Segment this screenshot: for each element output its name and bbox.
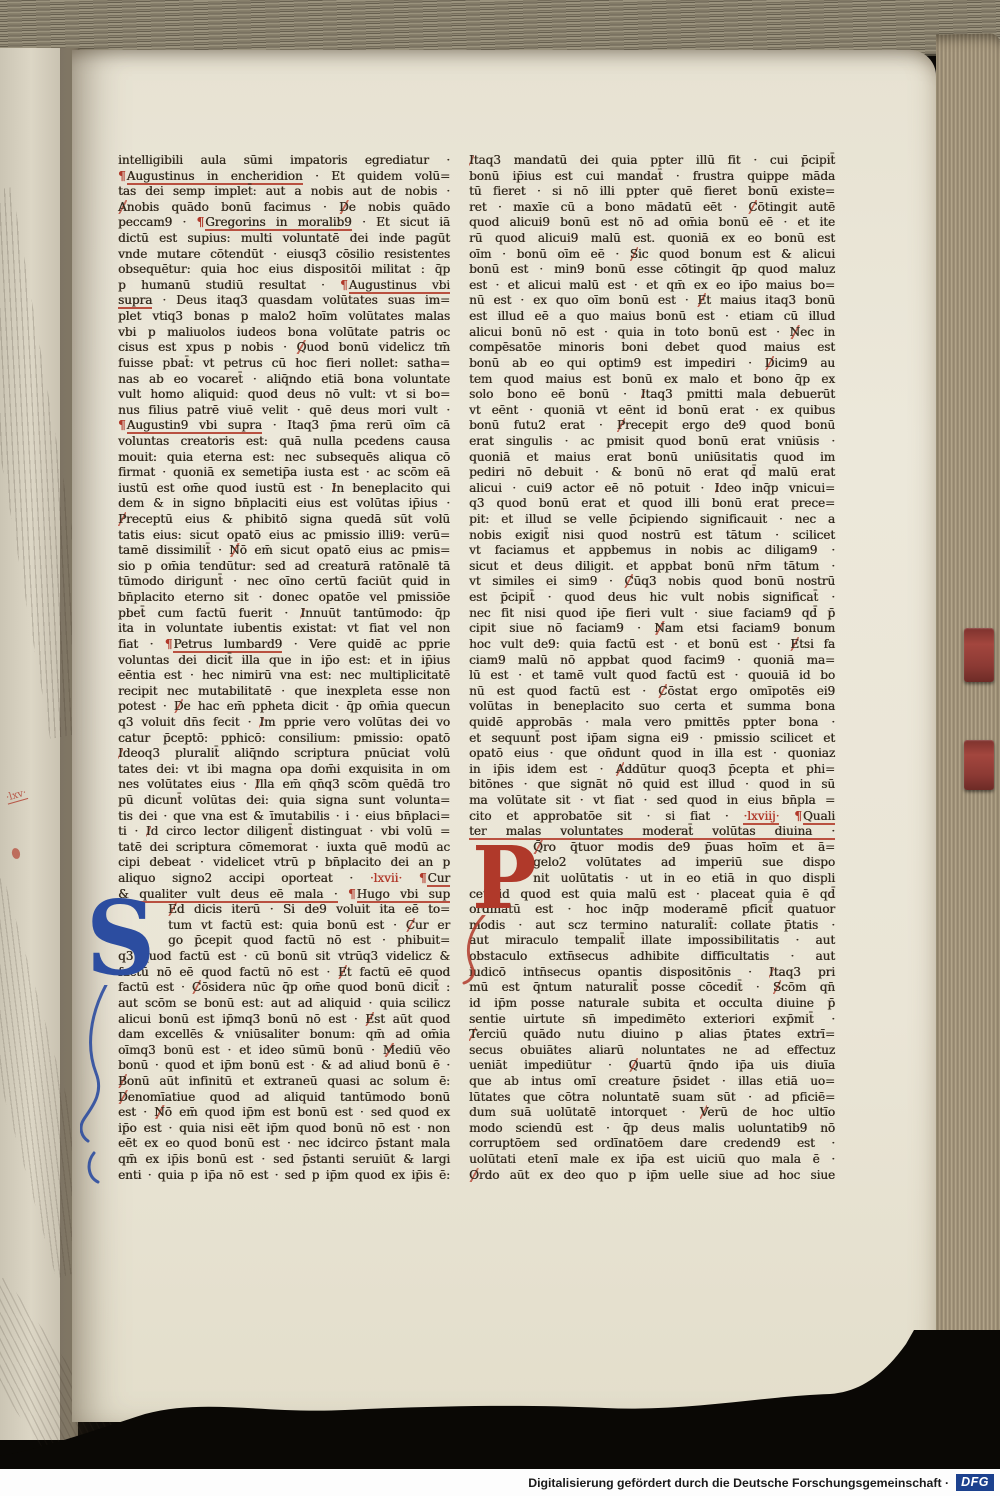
text-line: Anobis quādo bonū facimus · De nobis quā… [118,200,450,216]
text-line: erat singulis · ac pmisit quod bonū erat… [469,434,835,450]
text-line: p humanū studiū resultat · ¶Augustinus v… [118,278,450,294]
text-line: Denomīatiue quod ad aliquid tantūmodo bo… [118,1090,450,1106]
text-line: supra · Deus itaq3 quasdam volūtates sua… [118,293,450,309]
rubricated-capital: C [192,980,201,994]
text-line: ita in voluntate iubentis existat: vt fi… [118,621,450,637]
text-line: pbet̄ cum factū fuerit · Innuūt tantūmod… [118,606,450,622]
rubricated-capital: C [406,918,415,932]
text-line: dam excellēs & vniūsaliter bonum: qm̄ ad… [118,1027,450,1043]
text-line: mū est q̄ntum naturalit̄ posse cōcedit̄ … [469,980,835,996]
text-line: qm̄ ex ip̄is bonū est · sed p̄stanti ser… [118,1152,450,1168]
text-line: sentie uirtute sn̄ impedimēto exteriori … [469,1012,835,1028]
fore-edge-pages [936,33,1000,1334]
text-line: tum vt factū est: quia bonū est · Cur er [118,918,450,934]
text-line: fuisse pbat̄: vt petrus cū hoc fieri nol… [118,356,450,372]
rubricated-capital: I [332,481,337,495]
rubricated-capital: V [700,1105,708,1119]
text-line: in ip̄is idem est · Addūtur quoq3 p̄cept… [469,762,835,778]
text-line: modo sciendū est · q̄p deus malis uolunt… [469,1121,835,1137]
text-line: aut miraculo tempalit̄ illate impossibil… [469,933,835,949]
rubricated-capital: E [338,965,347,979]
text-line: lūtates que cōtra noluntatē suam sūt · a… [469,1090,835,1106]
rubricated-capital: A [616,762,625,776]
text-line: volūtas in beneplacito suo certa et summ… [469,699,835,715]
rubricated-capital: I [255,777,260,791]
red-index-tab [964,628,994,682]
rubricated-capital: I [641,387,646,401]
text-line: tem quod maius est bonū ex malo et bono … [469,372,835,388]
text-line: enti · quia p ip̄a nō est · sed p ip̄m q… [118,1168,450,1184]
pilcrow-mark: ¶ [118,169,127,183]
rubricated-capital: E [365,1012,374,1026]
rubricated-capital: A [118,200,127,214]
text-line: vnde mutare cōtendūt · eiusq3 cōsilio re… [118,247,450,263]
pilcrow-mark: ¶ [118,418,127,432]
rubricated-capital: I [300,606,305,620]
text-line: bonū est · min9 bonū esse cōtingit q̄p q… [469,262,835,278]
text-line: est · et alicui malū est · et qm̄ ex eo … [469,278,835,294]
text-line: recipit nec mutabilitatē · que inexpleta… [118,684,450,700]
text-line: ¶Augustin9 vbi supra · Itaq3 p̄ma rerū o… [118,418,450,434]
rubricated-capital: I [259,715,264,729]
text-line: corruptōem sed ordīnatōem dare credend9 … [469,1136,835,1152]
rubricated-capital: E [168,902,177,916]
rubric-text: Petrus lumbard9 [173,637,282,653]
text-line: pit: et illud se velle p̄cipiendo signif… [469,512,835,528]
text-line: potest · De hac em̄ ppheta dicit · q̄p o… [118,699,450,715]
text-line: bonū ab eo qui optim9 est impediri · Dic… [469,356,835,372]
text-line: oīmq3 bonū est · et ideo sūmū bonū · Med… [118,1043,450,1059]
text-line: nus filius patrē viuē velit · quē deus m… [118,403,450,419]
blue-initial-S: S [86,898,155,981]
text-line: alicui bonū est ip̄mq3 bonū nō est · Est… [118,1012,450,1028]
rubricated-capital: C [624,574,633,588]
rubricated-capital: E [790,637,799,651]
text-line: catur p̄ceptō: pphicō: consilium: pmissi… [118,731,450,747]
text-line: factū est · Cōsidera nūc q̄p om̄e quod b… [118,980,450,996]
text-line: tatis eius: sicut opatō eius ac pmissio … [118,528,450,544]
text-line: cipi debeat · videlicet vtrū p bn̄placit… [118,855,450,871]
rubricated-capital: N [654,621,664,635]
text-line: tū fieret · si nō illi ppter quē fieret … [469,184,835,200]
rubricated-capital: T [469,1027,476,1041]
text-line: bonū ip̄ius est cui mandat̄ · frustra qu… [469,169,835,185]
text-line: vt eēnt · quoniā vt eēnt id bonū erat · … [469,403,835,419]
right-text-column: Itaq3 mandatū dei quia ppter illū fit · … [469,153,835,1183]
text-line: nec fit nisi quod ip̄e fieri vult · siue… [469,606,835,622]
book-scan-photo: ·lxv· intelligibili aula sūmi impatoris … [0,0,1000,1496]
text-line: ma volūtate sit · vt fiat · sed quod in … [469,793,835,809]
text-line: ret · maxīe cū a bono mādatū eēt · Cōtin… [469,200,835,216]
text-line: est · Nō em̄ quod ip̄m est bonū est · se… [118,1105,450,1121]
text-line: ciam9 malū nō appbat quod facim9 · quoni… [469,653,835,669]
rubricated-capital: D [339,200,349,214]
text-line: factū nō eē quod factū nō est · Et factū… [118,965,450,981]
text-line: alicui · cui9 actor eē nō potuit · Ideo … [469,481,835,497]
pilcrow-mark: ¶ [348,887,357,901]
text-line: cisus est xpus p nobis · Quod bonū videl… [118,340,450,356]
rubricated-capital: C [658,684,667,698]
text-line: tis dei · que vna est & īmutabilis · i ·… [118,809,450,825]
text-line: Terciū quādo nutu diuino p alias p̄tates… [469,1027,835,1043]
text-line: eēntia est · hec nimirū vna est: nec mul… [118,668,450,684]
red-initial-P: P [472,844,537,915]
text-line: cito et approbatōe sit · si fiat · ·lxvi… [469,809,835,825]
bottom-shadow [0,1330,1000,1469]
text-line: Itaq3 mandatū dei quia ppter illū fit · … [469,153,835,169]
text-line: nū est · ex quo oīm bonū est · Et maius … [469,293,835,309]
rubricated-capital: Q [296,340,306,354]
text-line: q3 quod bonū erat et quod illi bonū erat… [469,496,835,512]
rubricated-capital: I [118,746,123,760]
text-line: dem & in signo bn̄placiti eius est volūt… [118,496,450,512]
text-line: nobis exigit̄ nisi quod nostrū est tātum… [469,528,835,544]
text-line: nas ab eo vocaret̄ · aliq̄ndo etiā bona … [118,372,450,388]
text-line: plet vtiq3 bonas p malo2 hoīm volūtates … [118,309,450,325]
rubricated-capital: N [790,325,800,339]
text-line: lū est · et tamē vult quod factū est · q… [469,668,835,684]
text-line: q3 voluit dn̄s fecit · Im pprie vero vol… [118,715,450,731]
text-line: ip̄o est · quia nisi eēt ip̄m quod bonū … [118,1121,450,1137]
rubric-text: Augustinus in encheridion [127,169,303,185]
text-line: fiat · ¶Petrus lumbard9 · Vere quidē ac … [118,637,450,653]
rubricated-capital: E [697,293,706,307]
rubricated-capital: I [715,481,720,495]
text-line: intelligibili aula sūmi impatoris egredi… [118,153,450,169]
text-line: dictū est supius: multi voluntatē dei in… [118,231,450,247]
text-line: opatō eius · que on̄dunt quod in illa es… [469,746,835,762]
margin-fragment: ·lxv· [5,787,28,804]
rubricated-capital: I [146,824,151,838]
pilcrow-mark: ¶ [196,215,205,229]
text-line: go p̄cepit quod factū nō est · phibuit= [118,933,450,949]
rubricated-capital: Q [629,1058,639,1072]
red-initial-flourish [458,915,492,985]
pilcrow-mark: ¶ [340,278,349,292]
rubricated-capital: S [630,247,638,261]
rubricated-capital: I [469,153,474,167]
text-line: iudicō intn̄secus opantis dispositōnis ·… [469,965,835,981]
text-line: aliquo signo2 accipi oporteat · ·lxvii· … [118,871,450,887]
text-line: ti · Id circo lector diligent̄ distingua… [118,824,450,840]
text-line: obsequētur: quia hoc eius dispositōi mil… [118,262,450,278]
text-line: quidē approbās · mala vero pmittēs ppter… [469,715,835,731]
text-line: Ed dicis iterū · Si de9 voluit ita eē to… [118,902,450,918]
text-line: aut scōm se bonū est: aut ad aliquid · q… [118,996,450,1012]
text-line: compēsatōe minoris boni debet quod maius… [469,340,835,356]
text-line: peccam9 · ¶Gregorins in moralib9 · Et si… [118,215,450,231]
text-line: quod alicui9 bonū est nō ad om̄ia bonū e… [469,215,835,231]
pilcrow-mark: ¶ [794,809,803,823]
text-line: Ordo aūt ex deo quo p ip̄m uelle siue ad… [469,1168,835,1184]
rubricated-capital: N [229,543,239,557]
footer-bar: Digitalisierung gefördert durch die Deut… [0,1469,1000,1496]
text-line: bonū futu2 erat · Precepit ergo de9 quod… [469,418,835,434]
rubric-text: Cur [427,871,450,887]
rubric-text: Quali [803,809,835,825]
text-line: bn̄placito eterno sit · donec opatōe vel… [118,590,450,606]
text-line: nū est quod factū est · Cōstat ergo omīp… [469,684,835,700]
text-line: est illud eē a quo maius bonū est · etia… [469,309,835,325]
text-line: ueniāt impediūtur · Quartū q̄ndo ip̄a ui… [469,1058,835,1074]
top-page-edges [0,0,1000,56]
text-line: secus obuiātes aliarū noluntates ne ad e… [469,1043,835,1059]
text-line: que ab intus omī creature p̄sidet · illa… [469,1074,835,1090]
text-line: est p̄cipit̄ · quod deus hic vult nobis … [469,590,835,606]
text-line: Preceptū eius & phibitō signa quedā sūt … [118,512,450,528]
rubricated-capital: D [174,699,184,713]
rubric-text: ·lxviij· [743,809,779,825]
text-line: sicut et deus diligit. et appbat bonū nr… [469,559,835,575]
text-line: Ideoq3 pluralit̄ aliq̄ndo scriptura pnūc… [118,746,450,762]
text-line: nes volūtates eius · Illa em̄ qn̄q3 scōm… [118,777,450,793]
left-text-column: intelligibili aula sūmi impatoris egredi… [118,153,450,1183]
text-line: tatē dei scriptura cōmemorat · iuxta quē… [118,840,450,856]
text-line: oīm · bonū oīm eē · Sic quod bonum est &… [469,247,835,263]
rubricated-capital: P [617,418,625,432]
text-line: tates dei: vt ibi magna opa dom̄i exquis… [118,762,450,778]
rubric-text: Augustinus vbi [349,278,450,294]
text-line: mouit: quia eterna est: nec subsequēs al… [118,450,450,466]
rubricated-capital: I [769,965,774,979]
text-line: pū dicunt̄ volūtas dei: quia signa sunt … [118,793,450,809]
text-line: iustū est om̄e quod iustū est · In benep… [118,481,450,497]
text-line: pediri nō debuit · & bonū nō erat qd̄ ma… [469,465,835,481]
dfg-logo-badge: DFG [956,1474,994,1491]
text-line: solo bono eē bonū · Itaq3 pmitti mala de… [469,387,835,403]
text-line: sio p om̄ia tendūtur: sed ad creaturā ra… [118,559,450,575]
text-line: firmat · quoniā ex semetip̄a iusta est ·… [118,465,450,481]
text-line: bonū · quod et ip̄m bonū est · & ad aliu… [118,1058,450,1074]
text-line: vt faciamus et appbemus in nobis ac dili… [469,543,835,559]
dfg-credit-text: Digitalisierung gefördert durch die Deut… [528,1476,949,1490]
text-line: alicui bonū nō est · quia in toto bonū e… [469,325,835,341]
rubric-text: Augustin9 vbi supra [127,418,262,434]
text-line: obstaculo extn̄secus adhibite difficulta… [469,949,835,965]
text-line: et sequunt̄ post ip̄am signa ei9 · pmiss… [469,731,835,747]
text-line: voluntas dei dicit̄ illa que in ip̄o est… [118,653,450,669]
rubricated-capital: N [154,1105,164,1119]
text-line: dum suā uolūtatē intorquet · Verū de hoc… [469,1105,835,1121]
text-line: id ip̄m posse naturale subita et occulta… [469,996,835,1012]
text-line: bitōnes · que signāt nō quid est illud ·… [469,777,835,793]
text-line: q3 quod factū est · cū bonū sit vtrūq3 v… [118,949,450,965]
rubricated-capital: P [118,512,126,526]
text-line: Bonū aūt infinitū et extraneū quasi ac s… [118,1074,450,1090]
text-line: ¶Augustinus in encheridion · Et quidem v… [118,169,450,185]
rubricated-capital: M [383,1043,395,1057]
text-line: & qualiter vult deus eē mala · ¶Hugo vbi… [118,887,450,903]
rubric-text: ·lxvii· [370,871,402,885]
rubric-text: Gregorins in moralib9 [205,215,352,231]
red-index-tab [964,740,994,790]
text-line: hoc vult de9: quia factū est · et bonū e… [469,637,835,653]
text-line: quoniā et maius erat bonū uniūsitatis qu… [469,450,835,466]
rubricated-capital: S [773,980,781,994]
rubric-text: Hugo vbi sup [357,887,450,903]
text-line: eēt ex eo quod bonū est · nec idcirco p̄… [118,1136,450,1152]
text-line: vt similes ei sim9 · Cūq3 nobis quod bon… [469,574,835,590]
text-line: tamē dissimilit̄ · Nō em̄ sicut opatō ei… [118,543,450,559]
rubricated-capital: C [748,200,757,214]
text-line: tūmodo dirigunt̄ · nec oīno certū faciūt… [118,574,450,590]
text-line: uolūtati etenī male ex ip̄a est uiciū qu… [469,1152,835,1168]
rubricated-capital: O [469,1168,479,1182]
text-line: rū quod alicui9 malū est. quoniā ex eo b… [469,231,835,247]
blue-initial-flourish [80,985,120,1195]
text-line: voluntas creatoris est: quā nulla pceden… [118,434,450,450]
rubric-text: supra [118,293,152,309]
rubricated-capital: D [765,356,775,370]
text-line: vult homo aliquid: quod deus nō vult: vt… [118,387,450,403]
text-line: tas dei semp implet̄: aut a nobis aut de… [118,184,450,200]
text-line: vbi p maliuolos iudeos bona volūtate pat… [118,325,450,341]
text-line: cipit siue nō faciam9 · Nam etsi faciam9… [469,621,835,637]
red-initial-fragment [11,847,21,860]
